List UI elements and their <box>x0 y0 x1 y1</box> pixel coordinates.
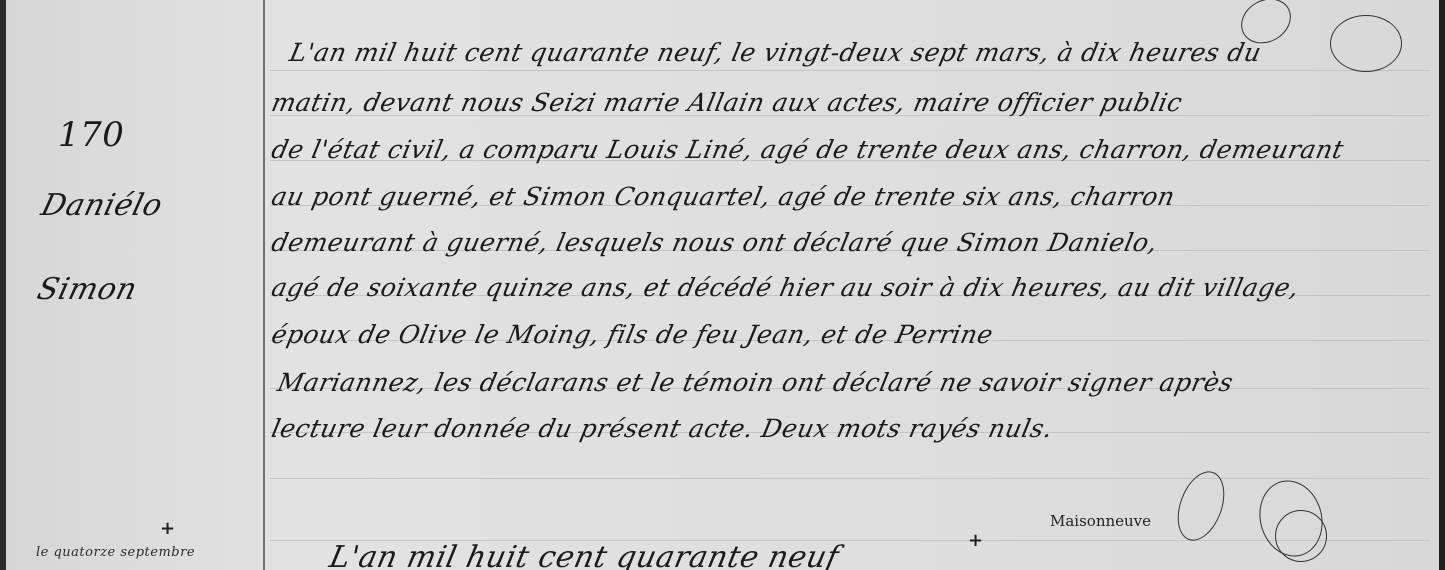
entry-line-2: matin, devant nous Seizi marie Allain au… <box>269 88 1185 117</box>
entry-line-9: lecture leur donnée du présent acte. Deu… <box>269 414 1056 443</box>
next-entry-start: L'an mil huit cent quarante neuf <box>326 540 842 570</box>
entry-line-6: agé de soixante quinze ans, et décédé hi… <box>269 273 1302 302</box>
ruled-line <box>270 478 1430 479</box>
entry-line-5: demeurant à guerné, lesquels nous ont dé… <box>269 228 1160 257</box>
entry-line-8: Mariannez, les déclarans et le témoin on… <box>275 368 1236 397</box>
entry-line-4: au pont guerné, et Simon Conquartel, agé… <box>269 182 1178 211</box>
entry-line-7: époux de Olive le Moing, fils de feu Jea… <box>269 320 996 349</box>
entry-line-3: de l'état civil, a comparu Louis Liné, a… <box>269 135 1347 164</box>
entry-line-1: L'an mil huit cent quarante neuf, le vin… <box>287 38 1264 67</box>
officer-signature: Maisonneuve <box>1050 512 1151 530</box>
margin-rule <box>263 0 265 570</box>
ruled-line <box>270 70 1430 71</box>
margin-bottom-note: le quatorze septembre <box>36 545 195 560</box>
cross-mark: + <box>160 518 175 539</box>
margin-given-name: Simon <box>34 272 141 307</box>
paraph-flourish <box>1330 15 1402 72</box>
scan-right-edge <box>1439 0 1445 570</box>
scan-left-edge <box>0 0 6 570</box>
margin-surname: Daniélo <box>38 188 166 223</box>
paraph-flourish <box>1275 510 1327 562</box>
register-page: 170 Daniélo Simon le quatorze septembre … <box>0 0 1445 570</box>
entry-number: 170 <box>58 115 124 155</box>
cross-mark: + <box>968 530 983 551</box>
